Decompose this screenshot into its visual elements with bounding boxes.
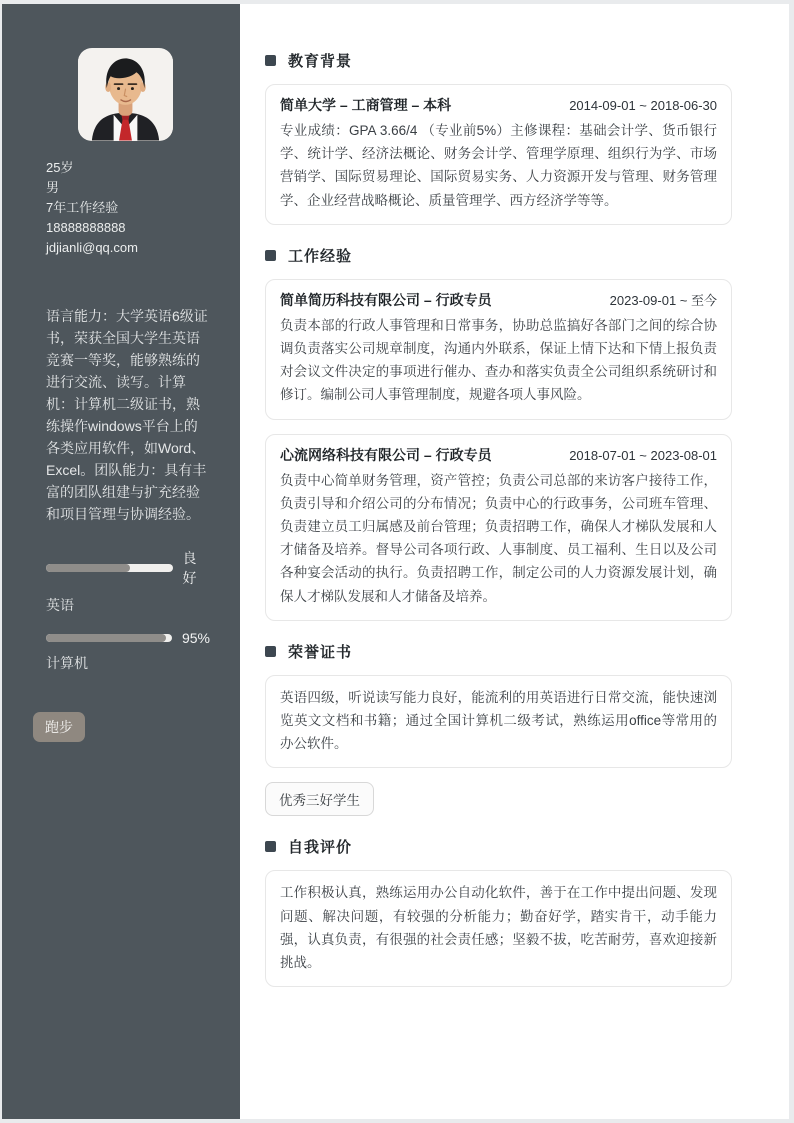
- skill-name-label: 英语: [46, 595, 210, 615]
- sidebar: 25岁 男 7年工作经验 18888888888 jdjianli@qq.com…: [2, 4, 240, 1119]
- section-title: 工作经验: [288, 245, 352, 266]
- section-experience: 工作经验 简单简历科技有限公司 – 行政专员 2023-09-01 ~ 至今 负…: [265, 245, 732, 621]
- self-evaluation-description: 工作积极认真，熟练运用办公自动化软件，善于在工作中提出问题、发现问题、解决问题，…: [280, 881, 717, 974]
- experience-card: 心流网络科技有限公司 – 行政专员 2018-07-01 ~ 2023-08-0…: [265, 434, 732, 621]
- skills-summary-text: 语言能力：大学英语6级证书，荣获全国大学生英语竞赛一等奖，能够熟练的进行交流、读…: [46, 305, 210, 525]
- skill-bar-track: [46, 634, 172, 642]
- honors-description: 英语四级，听说读写能力良好，能流利的用英语进行日常交流，能快速浏览英文文档和书籍…: [280, 686, 717, 756]
- gender-text: 男: [46, 178, 210, 198]
- hobby-tags: 跑步: [33, 712, 210, 742]
- section-title: 自我评价: [288, 836, 352, 857]
- phone-text: 18888888888: [46, 218, 210, 238]
- skill-level-label: 良好: [183, 548, 210, 588]
- skill-english: 良好 英语: [46, 548, 210, 615]
- section-header: 自我评价: [265, 836, 732, 857]
- square-bullet-icon: [265, 55, 276, 66]
- skill-bar-track: [46, 564, 173, 572]
- company-role-title: 心流网络科技有限公司 – 行政专员: [280, 445, 492, 465]
- square-bullet-icon: [265, 841, 276, 852]
- section-title: 荣誉证书: [288, 641, 352, 662]
- section-honors: 荣誉证书 英语四级，听说读写能力良好，能流利的用英语进行日常交流，能快速浏览英文…: [265, 641, 732, 817]
- email-text: jdjianli@qq.com: [46, 238, 210, 258]
- square-bullet-icon: [265, 250, 276, 261]
- skill-name-label: 计算机: [46, 653, 210, 673]
- section-title: 教育背景: [288, 50, 352, 71]
- skill-computer: 95% 计算机: [46, 630, 210, 673]
- honors-card: 英语四级，听说读写能力良好，能流利的用英语进行日常交流，能快速浏览英文文档和书籍…: [265, 675, 732, 769]
- experience-date-range: 2023-09-01 ~ 至今: [610, 290, 717, 309]
- portrait-man-suit-icon: [78, 48, 173, 141]
- education-description: 专业成绩：GPA 3.66/4 （专业前5%）主修课程：基础会计学、货币银行学、…: [280, 119, 717, 212]
- skill-bar-fill: [46, 634, 166, 642]
- section-education: 教育背景 简单大学 – 工商管理 – 本科 2014-09-01 ~ 2018-…: [265, 50, 732, 225]
- experience-card: 简单简历科技有限公司 – 行政专员 2023-09-01 ~ 至今 负责本部的行…: [265, 279, 732, 420]
- section-self-evaluation: 自我评价 工作积极认真，熟练运用办公自动化软件，善于在工作中提出问题、发现问题、…: [265, 836, 732, 987]
- experience-description: 负责中心简单财务管理，资产管控；负责公司总部的来访客户接待工作，负责引导和介绍公…: [280, 469, 717, 608]
- school-degree-title: 简单大学 – 工商管理 – 本科: [280, 95, 451, 115]
- section-header: 教育背景: [265, 50, 732, 71]
- experience-date-range: 2018-07-01 ~ 2023-08-01: [569, 448, 717, 463]
- resume-page: 25岁 男 7年工作经验 18888888888 jdjianli@qq.com…: [2, 4, 789, 1119]
- hobby-tag: 跑步: [33, 712, 85, 742]
- square-bullet-icon: [265, 646, 276, 657]
- honor-tags: 优秀三好学生: [265, 782, 732, 816]
- age-text: 25岁: [46, 158, 210, 178]
- self-evaluation-card: 工作积极认真，熟练运用办公自动化软件，善于在工作中提出问题、发现问题、解决问题，…: [265, 870, 732, 987]
- skill-bars: 良好 英语 95% 计算机: [46, 548, 210, 673]
- resume-main: 教育背景 简单大学 – 工商管理 – 本科 2014-09-01 ~ 2018-…: [240, 4, 789, 1119]
- skill-bar-fill: [46, 564, 130, 572]
- education-date-range: 2014-09-01 ~ 2018-06-30: [569, 98, 717, 113]
- avatar: [78, 48, 173, 141]
- company-role-title: 简单简历科技有限公司 – 行政专员: [280, 290, 492, 310]
- experience-description: 负责本部的行政人事管理和日常事务，协助总监搞好各部门之间的综合协调负责落实公司规…: [280, 314, 717, 407]
- honor-tag: 优秀三好学生: [265, 782, 374, 816]
- skill-level-label: 95%: [182, 630, 210, 646]
- experience-years-text: 7年工作经验: [46, 198, 210, 218]
- section-header: 工作经验: [265, 245, 732, 266]
- section-header: 荣誉证书: [265, 641, 732, 662]
- personal-info: 25岁 男 7年工作经验 18888888888 jdjianli@qq.com: [46, 158, 210, 258]
- education-card: 简单大学 – 工商管理 – 本科 2014-09-01 ~ 2018-06-30…: [265, 84, 732, 225]
